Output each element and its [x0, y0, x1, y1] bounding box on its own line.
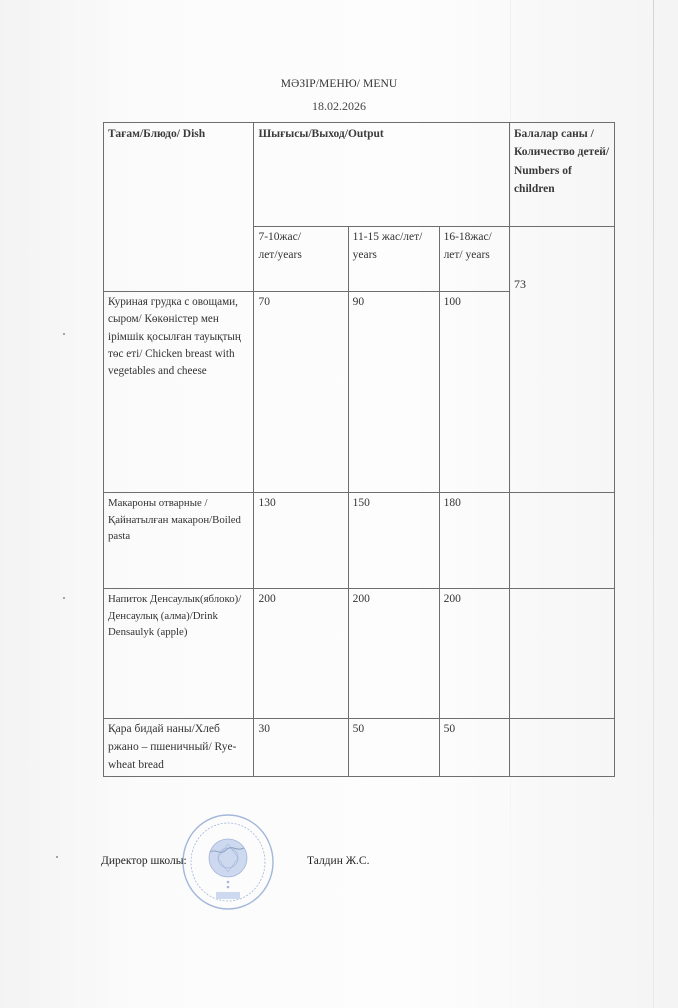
portion-value: 30 — [254, 719, 348, 777]
dish-name: Макароны отварные / Қайнатылған макарон/… — [104, 493, 254, 589]
paper-speck — [63, 597, 65, 599]
children-cell-empty — [509, 719, 614, 777]
portion-value: 70 — [254, 292, 348, 493]
portion-value: 180 — [439, 493, 509, 589]
portion-value: 100 — [439, 292, 509, 493]
header-age-group: 7-10жас/лет/years — [254, 227, 348, 292]
header-children: Балалар саны /Количество детей/ Numbers … — [509, 123, 614, 227]
portion-value: 200 — [254, 589, 348, 719]
header-age-group: 16-18жас/лет/ years — [439, 227, 509, 292]
header-output: Шығысы/Выход/Output — [254, 123, 509, 227]
children-cell-empty — [509, 589, 614, 719]
children-count: 73 — [509, 227, 614, 493]
signature-name: Талдин Ж.С. — [307, 855, 369, 867]
menu-table: Тағам/Блюдо/ Dish Шығысы/Выход/Output Ба… — [103, 122, 615, 777]
paper-speck — [56, 856, 58, 858]
portion-value: 150 — [348, 493, 439, 589]
portion-value: 130 — [254, 493, 348, 589]
signature-label: Директор школы: — [101, 855, 187, 867]
dish-name: Куриная грудка с овощами, сыром/ Көкөніс… — [104, 292, 254, 493]
paper-fold-line — [653, 0, 654, 1008]
table-row: Қара бидай наны/Хлеб ржано – пшеничный/ … — [104, 719, 615, 777]
portion-value: 200 — [439, 589, 509, 719]
paper-speck — [63, 333, 65, 335]
dish-name: Қара бидай наны/Хлеб ржано – пшеничный/ … — [104, 719, 254, 777]
official-stamp-icon — [180, 812, 276, 912]
portion-value: 50 — [439, 719, 509, 777]
document-title: МӘЗІР/МЕНЮ/ MENU — [0, 78, 678, 90]
table-row: Макароны отварные / Қайнатылған макарон/… — [104, 493, 615, 589]
dish-name: Напиток Денсаулык(яблоко)/ Денсаулық (ал… — [104, 589, 254, 719]
table-row: Напиток Денсаулык(яблоко)/ Денсаулық (ал… — [104, 589, 615, 719]
header-dish: Тағам/Блюдо/ Dish — [104, 123, 254, 292]
children-cell-empty — [509, 493, 614, 589]
portion-value: 50 — [348, 719, 439, 777]
document-date: 18.02.2026 — [0, 99, 678, 114]
header-age-group: 11-15 жас/лет/ years — [348, 227, 439, 292]
portion-value: 90 — [348, 292, 439, 493]
portion-value: 200 — [348, 589, 439, 719]
